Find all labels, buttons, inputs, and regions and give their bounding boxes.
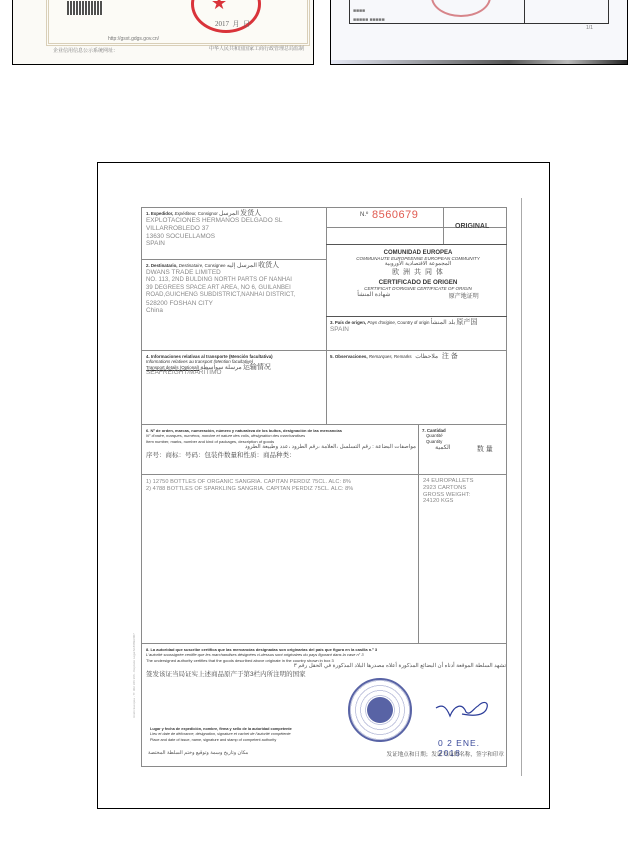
form-label: ■■■■■ ■■■■■ bbox=[353, 17, 385, 23]
scan-edge bbox=[331, 60, 627, 64]
consignor-name: EXPLOTACIONES HERMANOS DELGADO SL bbox=[146, 217, 324, 225]
box-quantity: 7. Cantidad Quantité Quantity الكمية数 量 bbox=[422, 428, 506, 454]
goods-item: 1) 12750 BOTTLES OF ORGANIC SANGRIA. CAP… bbox=[146, 479, 416, 486]
star-icon: ★ bbox=[211, 0, 227, 14]
copy-type: ORIGINAL bbox=[455, 223, 489, 230]
goods-list: 1) 12750 BOTTLES OF ORGANIC SANGRIA. CAP… bbox=[146, 479, 416, 492]
box-goods-description: 6. Nº de orden, marcas, numeración, núme… bbox=[146, 428, 416, 459]
form-label: ■■■■ bbox=[353, 8, 365, 14]
issue-place-label: Lugar y fecha de expedición, nombre, fir… bbox=[150, 727, 350, 743]
business-license-thumbnail[interactable]: ★ 2017 月 日 http://gsxt.gdgs.gov.cn/ 企业信用… bbox=[12, 0, 314, 65]
qr-code-icon bbox=[67, 1, 103, 15]
authority-stamp-icon bbox=[348, 678, 412, 742]
certificate-of-origin: N.º 8560679 ORIGINAL COMUNIDAD EUROPEA C… bbox=[141, 207, 507, 767]
page-indicator: 1/1 bbox=[586, 25, 593, 31]
issue-place-label-ar-zh: مكان وتاريخ وسمة وتوقيع وختم السلطة المخ… bbox=[148, 750, 504, 758]
license-date: 2017 月 日 bbox=[215, 19, 250, 29]
page-edge bbox=[521, 198, 522, 776]
serial-number: 8560679 bbox=[372, 209, 418, 221]
goods-item: 2) 4788 BOTTLES OF SPARKLING SANGRIA. CA… bbox=[146, 486, 416, 493]
printer-imprint: Unión Europea - Tf. 902 366 366 - Depósi… bbox=[132, 633, 136, 718]
serial-prefix: N.º bbox=[360, 212, 368, 218]
license-footer-right: 中华人民共和国国家工商行政管理总局监制 bbox=[209, 45, 304, 52]
box-country-of-origin: 3. País de origen, Pays d'origine, Count… bbox=[330, 320, 506, 334]
box-certification: 8. La autoridad que suscribe certifica q… bbox=[146, 647, 506, 678]
license-url: http://gsxt.gdgs.gov.cn/ bbox=[108, 36, 159, 42]
box-transport-details: 4. Informaciones relativas al transporte… bbox=[146, 354, 324, 377]
license-footer-left: 企业信用信息公示系统网址： bbox=[53, 47, 118, 54]
box-consignor: 1. Expedidor, Expéditeur, Consignor المر… bbox=[146, 211, 324, 248]
certificate-heading: COMUNIDAD EUROPEA COMMUNAUTE EUROPEENNE … bbox=[328, 250, 508, 300]
quantity-values: 24 EUROPALLETS 2923 CARTONS GROSS WEIGHT… bbox=[423, 478, 507, 505]
signature-icon bbox=[432, 694, 492, 724]
country-of-origin-value: SPAIN bbox=[330, 326, 506, 334]
box-remarks: 5. Observaciones, Remarques, Remarks ملا… bbox=[330, 354, 506, 360]
consignee-name: DWANS TRADE LIMITED bbox=[146, 269, 324, 277]
scanned-form-thumbnail[interactable]: ■■■■ ■■■■■ ■■■■■ 1/1 bbox=[330, 0, 628, 65]
form-divider bbox=[524, 0, 525, 24]
box-consignee: 2. Destinatario, Destinataire, Consignee… bbox=[146, 263, 324, 315]
